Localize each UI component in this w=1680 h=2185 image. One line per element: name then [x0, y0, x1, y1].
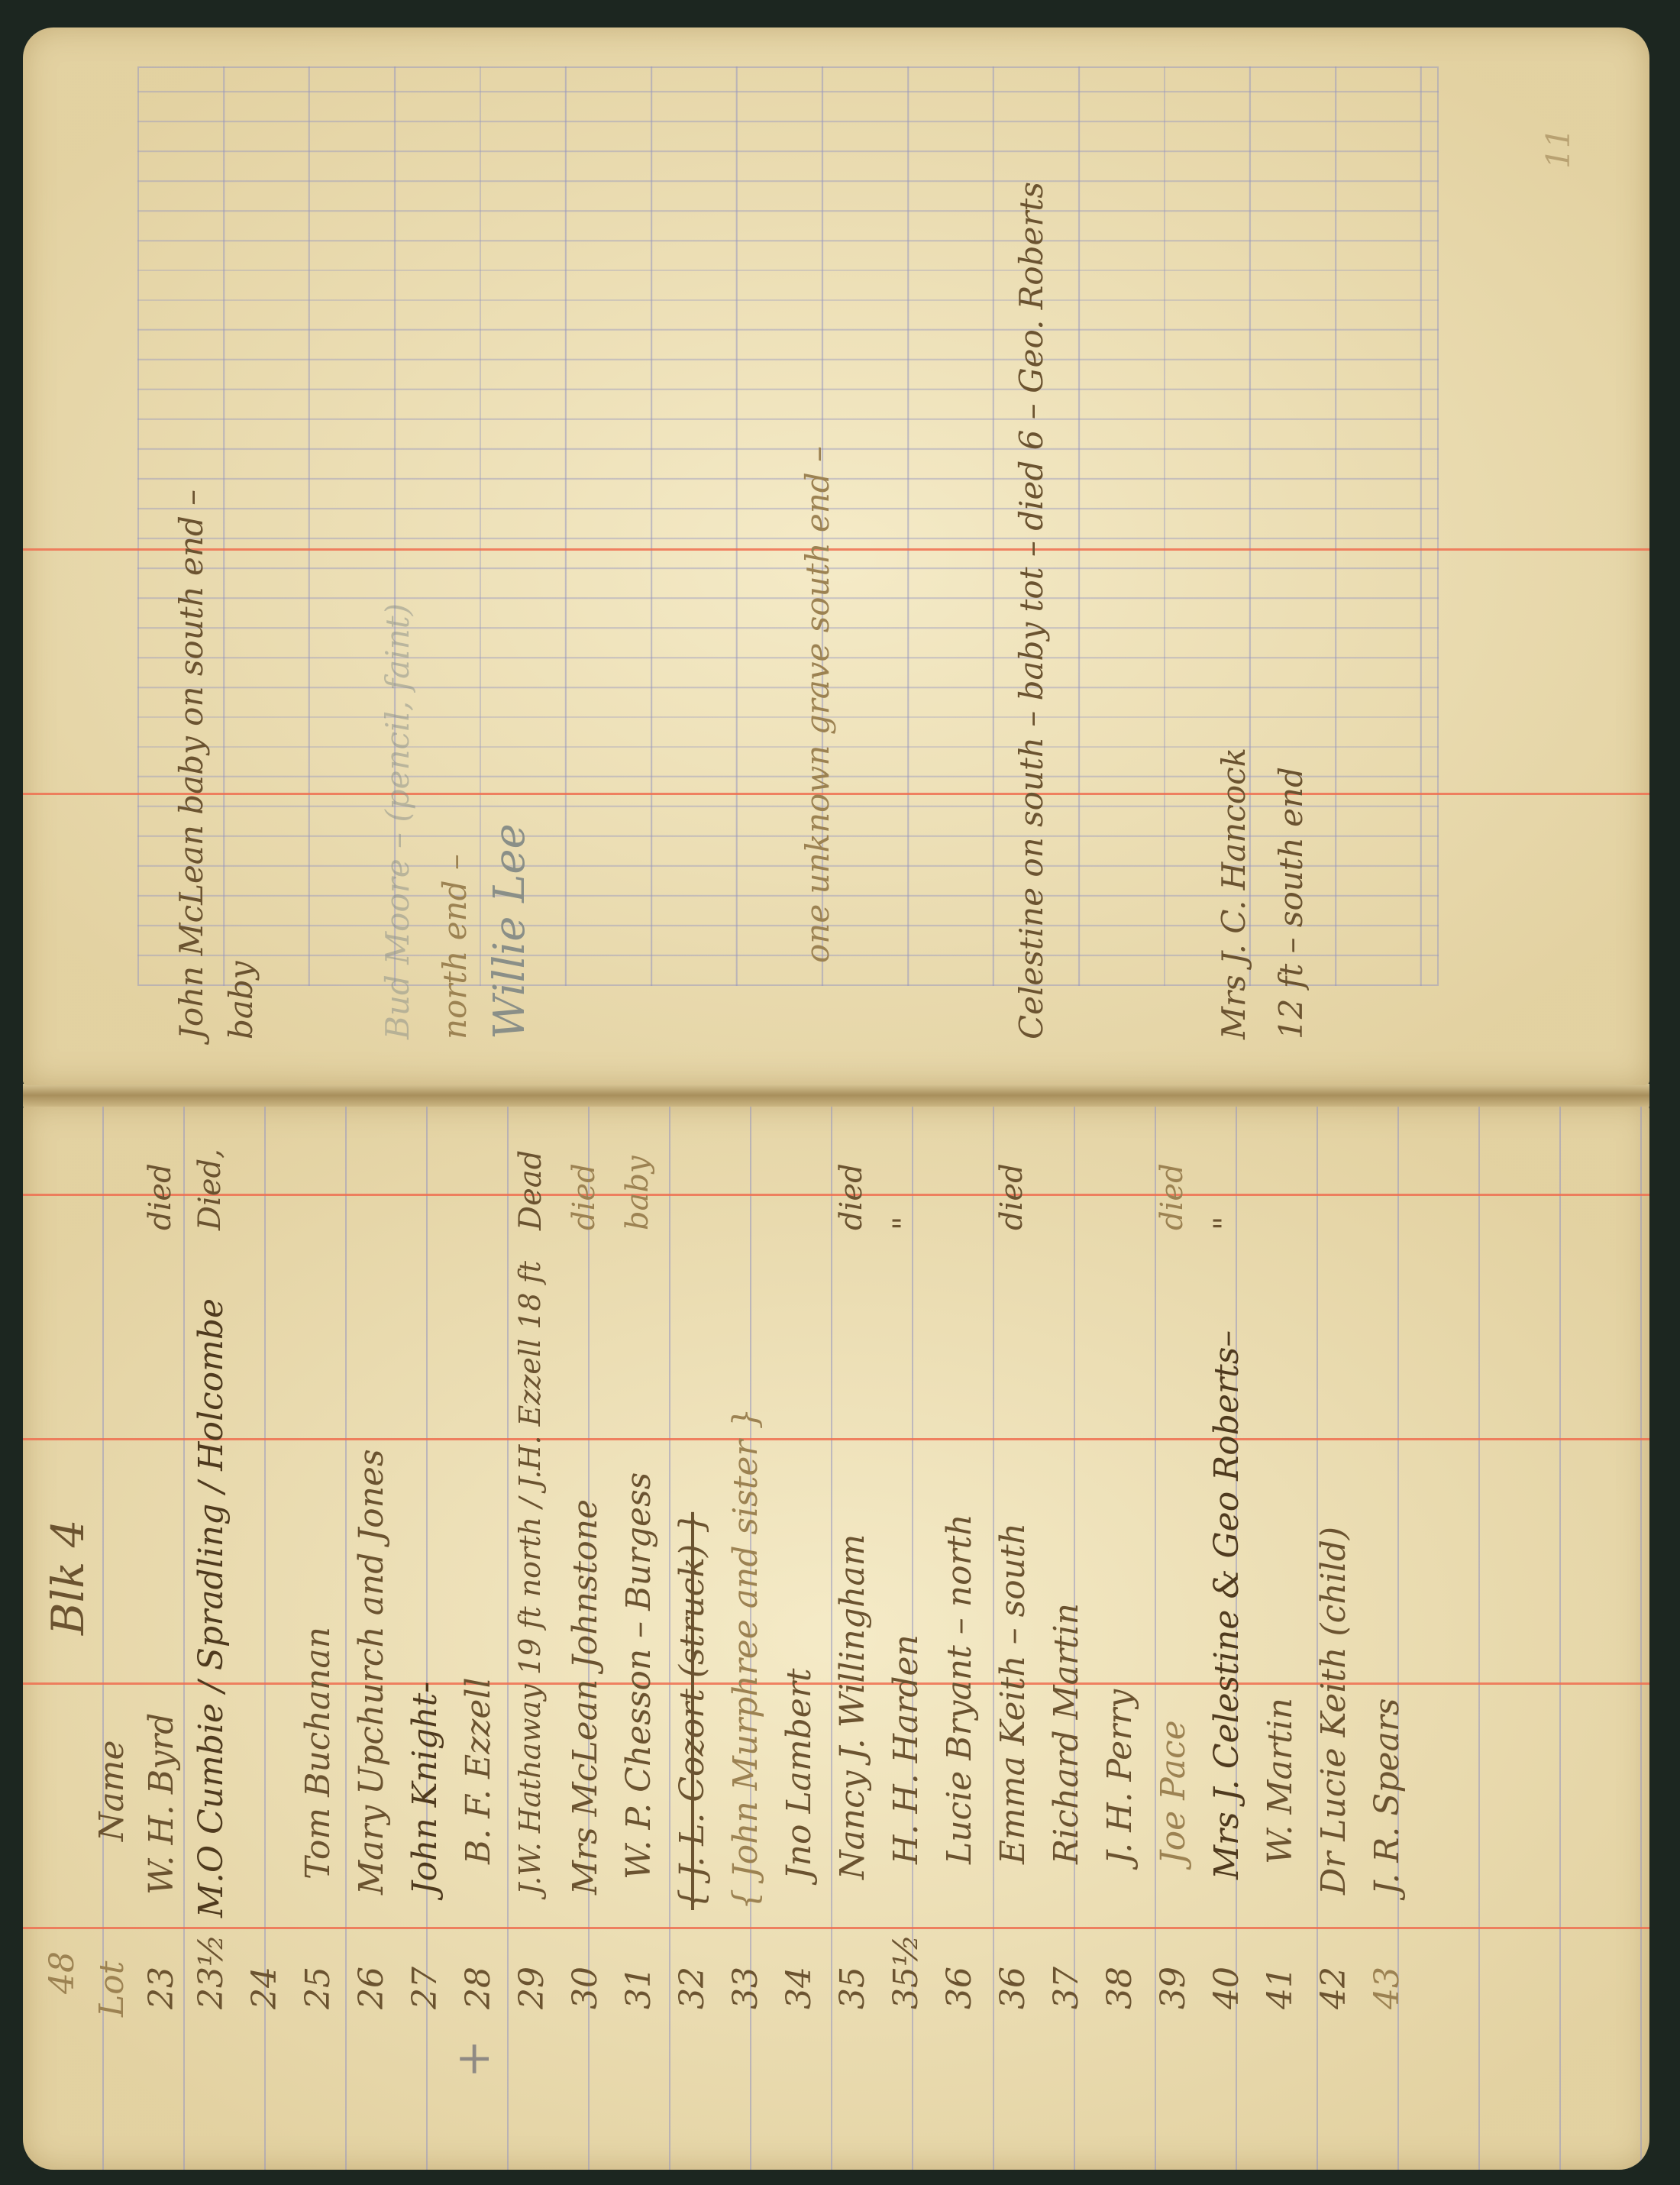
grid-note: Mrs J. C. Hancock [1218, 748, 1250, 1039]
lot-number: 35½ [890, 1925, 923, 2009]
grid-note: one unknown grave south end – [802, 446, 834, 963]
lot-number: 23½ [195, 1925, 228, 2009]
lot-number: 25 [302, 1925, 335, 2009]
lot-number: 39 [1157, 1925, 1191, 2009]
burial-note: died [1157, 1163, 1187, 1230]
scanned-notebook: Blk 4 48 Lot Name + 23 W. H. Byrd died 2… [0, 0, 1680, 2185]
lot-owner-name: M.O Cumbie / Spradling / Holcombe [195, 1298, 228, 1918]
burial-note: Died, [195, 1149, 225, 1230]
lot-number: 40 [1210, 1925, 1244, 2009]
lot-number: 36 [943, 1925, 977, 2009]
lot-number: 37 [1050, 1925, 1084, 2009]
lot-number: 41 [1264, 1925, 1297, 2009]
burial-note: " [1210, 1217, 1241, 1230]
lot-number: 38 [1103, 1925, 1137, 2009]
grid-note: Celestine on south – baby tot – died 6 –… [1016, 182, 1048, 1039]
lot-number: 27 [409, 1925, 442, 2009]
lot-number: 28 [462, 1925, 496, 2009]
burial-note: died [145, 1163, 176, 1230]
corner-mark: 11 [1543, 128, 1575, 169]
lot-number: 30 [569, 1925, 603, 2009]
lot-owner-name: Lucie Bryant – north [943, 1514, 977, 1864]
grid-note-pencil: Willie Lee [489, 823, 531, 1039]
lot-number-header: 48 [46, 1951, 79, 1994]
lot-number: 43 [1371, 1925, 1404, 2009]
block-title: Blk 4 [46, 1519, 90, 1635]
lot-number: 29 [515, 1925, 549, 2009]
burial-note: baby [622, 1156, 653, 1230]
lot-owner-name: B. F. Ezzell [462, 1677, 496, 1864]
lot-owner-name: { J. L. Cozort (struck) } [676, 1512, 709, 1910]
lot-owner-name: Jno Lambert [783, 1668, 816, 1880]
lot-owner-name: J. R. Spears [1371, 1699, 1404, 1896]
burial-note: Dead [515, 1150, 546, 1230]
lot-owner-name: Emma Keith – south [997, 1523, 1030, 1864]
lot-owner-name: J.W. Hathaway 19 ft north / J.H. Ezzell … [515, 1261, 544, 1895]
lot-number: 26 [355, 1925, 389, 2009]
lot-owner-name: W. Martin [1264, 1698, 1297, 1864]
lot-owner-name: { John Murphree and sister } [729, 1408, 763, 1911]
lot-owner-name: Tom Buchanan [302, 1627, 335, 1880]
book-gutter [23, 1084, 1649, 1107]
lot-owner-name: Mrs McLean Johnstone [569, 1499, 603, 1895]
lot-number: 42 [1317, 1925, 1351, 2009]
lot-owner-name: W. P. Chesson – Burgess [622, 1472, 656, 1880]
lot-number: 36 [997, 1925, 1030, 2009]
grid-note: 12 ft – south end [1275, 767, 1307, 1039]
lot-owner-name: Richard Martin [1050, 1603, 1084, 1864]
lot-number: 35 [836, 1925, 870, 2009]
grid-note: north end – [439, 854, 471, 1039]
lot-owner-name: W. H. Byrd [145, 1713, 179, 1895]
cross-mark: + [451, 2040, 496, 2078]
lot-number: 24 [248, 1925, 282, 2009]
lot-number: 34 [783, 1925, 816, 2009]
grid-note: baby [225, 961, 257, 1039]
lot-owner-name: Dr Lucie Keith (child) [1317, 1527, 1351, 1895]
lot-owner-name: H. H. Harden [890, 1634, 923, 1864]
lot-number: 33 [729, 1925, 763, 2009]
ledger-page: Blk 4 48 Lot Name + 23 W. H. Byrd died 2… [23, 1104, 1649, 2170]
open-notebook-rotated: Blk 4 48 Lot Name + 23 W. H. Byrd died 2… [0, 0, 1680, 2185]
red-rule-line [23, 793, 1649, 795]
grid-note: John McLean baby on south end – [176, 490, 208, 1039]
burial-note: died [569, 1163, 599, 1230]
lot-owner-name: J. H. Perry [1103, 1689, 1137, 1864]
name-column-header: Name [95, 1741, 129, 1842]
lot-number: 31 [622, 1925, 656, 2009]
red-rule-line [23, 1438, 1649, 1440]
red-rule-line [23, 548, 1649, 551]
grid-note-faint: Bud Moore – (pencil, faint) [382, 603, 414, 1039]
lot-column-header: Lot [95, 1961, 129, 2017]
lot-number: 32 [676, 1925, 709, 2009]
lot-owner-name: Joe Pace [1157, 1720, 1191, 1864]
burial-note: died [836, 1163, 867, 1230]
lot-owner-name: John Knight- [409, 1682, 442, 1895]
lot-owner-name: Mrs J. Celestine & Geo Roberts– [1210, 1330, 1244, 1880]
lot-owner-name: Nancy J. Willingham [836, 1534, 870, 1880]
burial-note: " [890, 1217, 920, 1230]
lot-owner-name: Mary Upchurch and Jones [355, 1449, 389, 1895]
grid-page: John McLean baby on south end – baby nor… [23, 27, 1649, 1085]
burial-note: died [997, 1163, 1027, 1230]
lot-number: 23 [145, 1925, 179, 2009]
